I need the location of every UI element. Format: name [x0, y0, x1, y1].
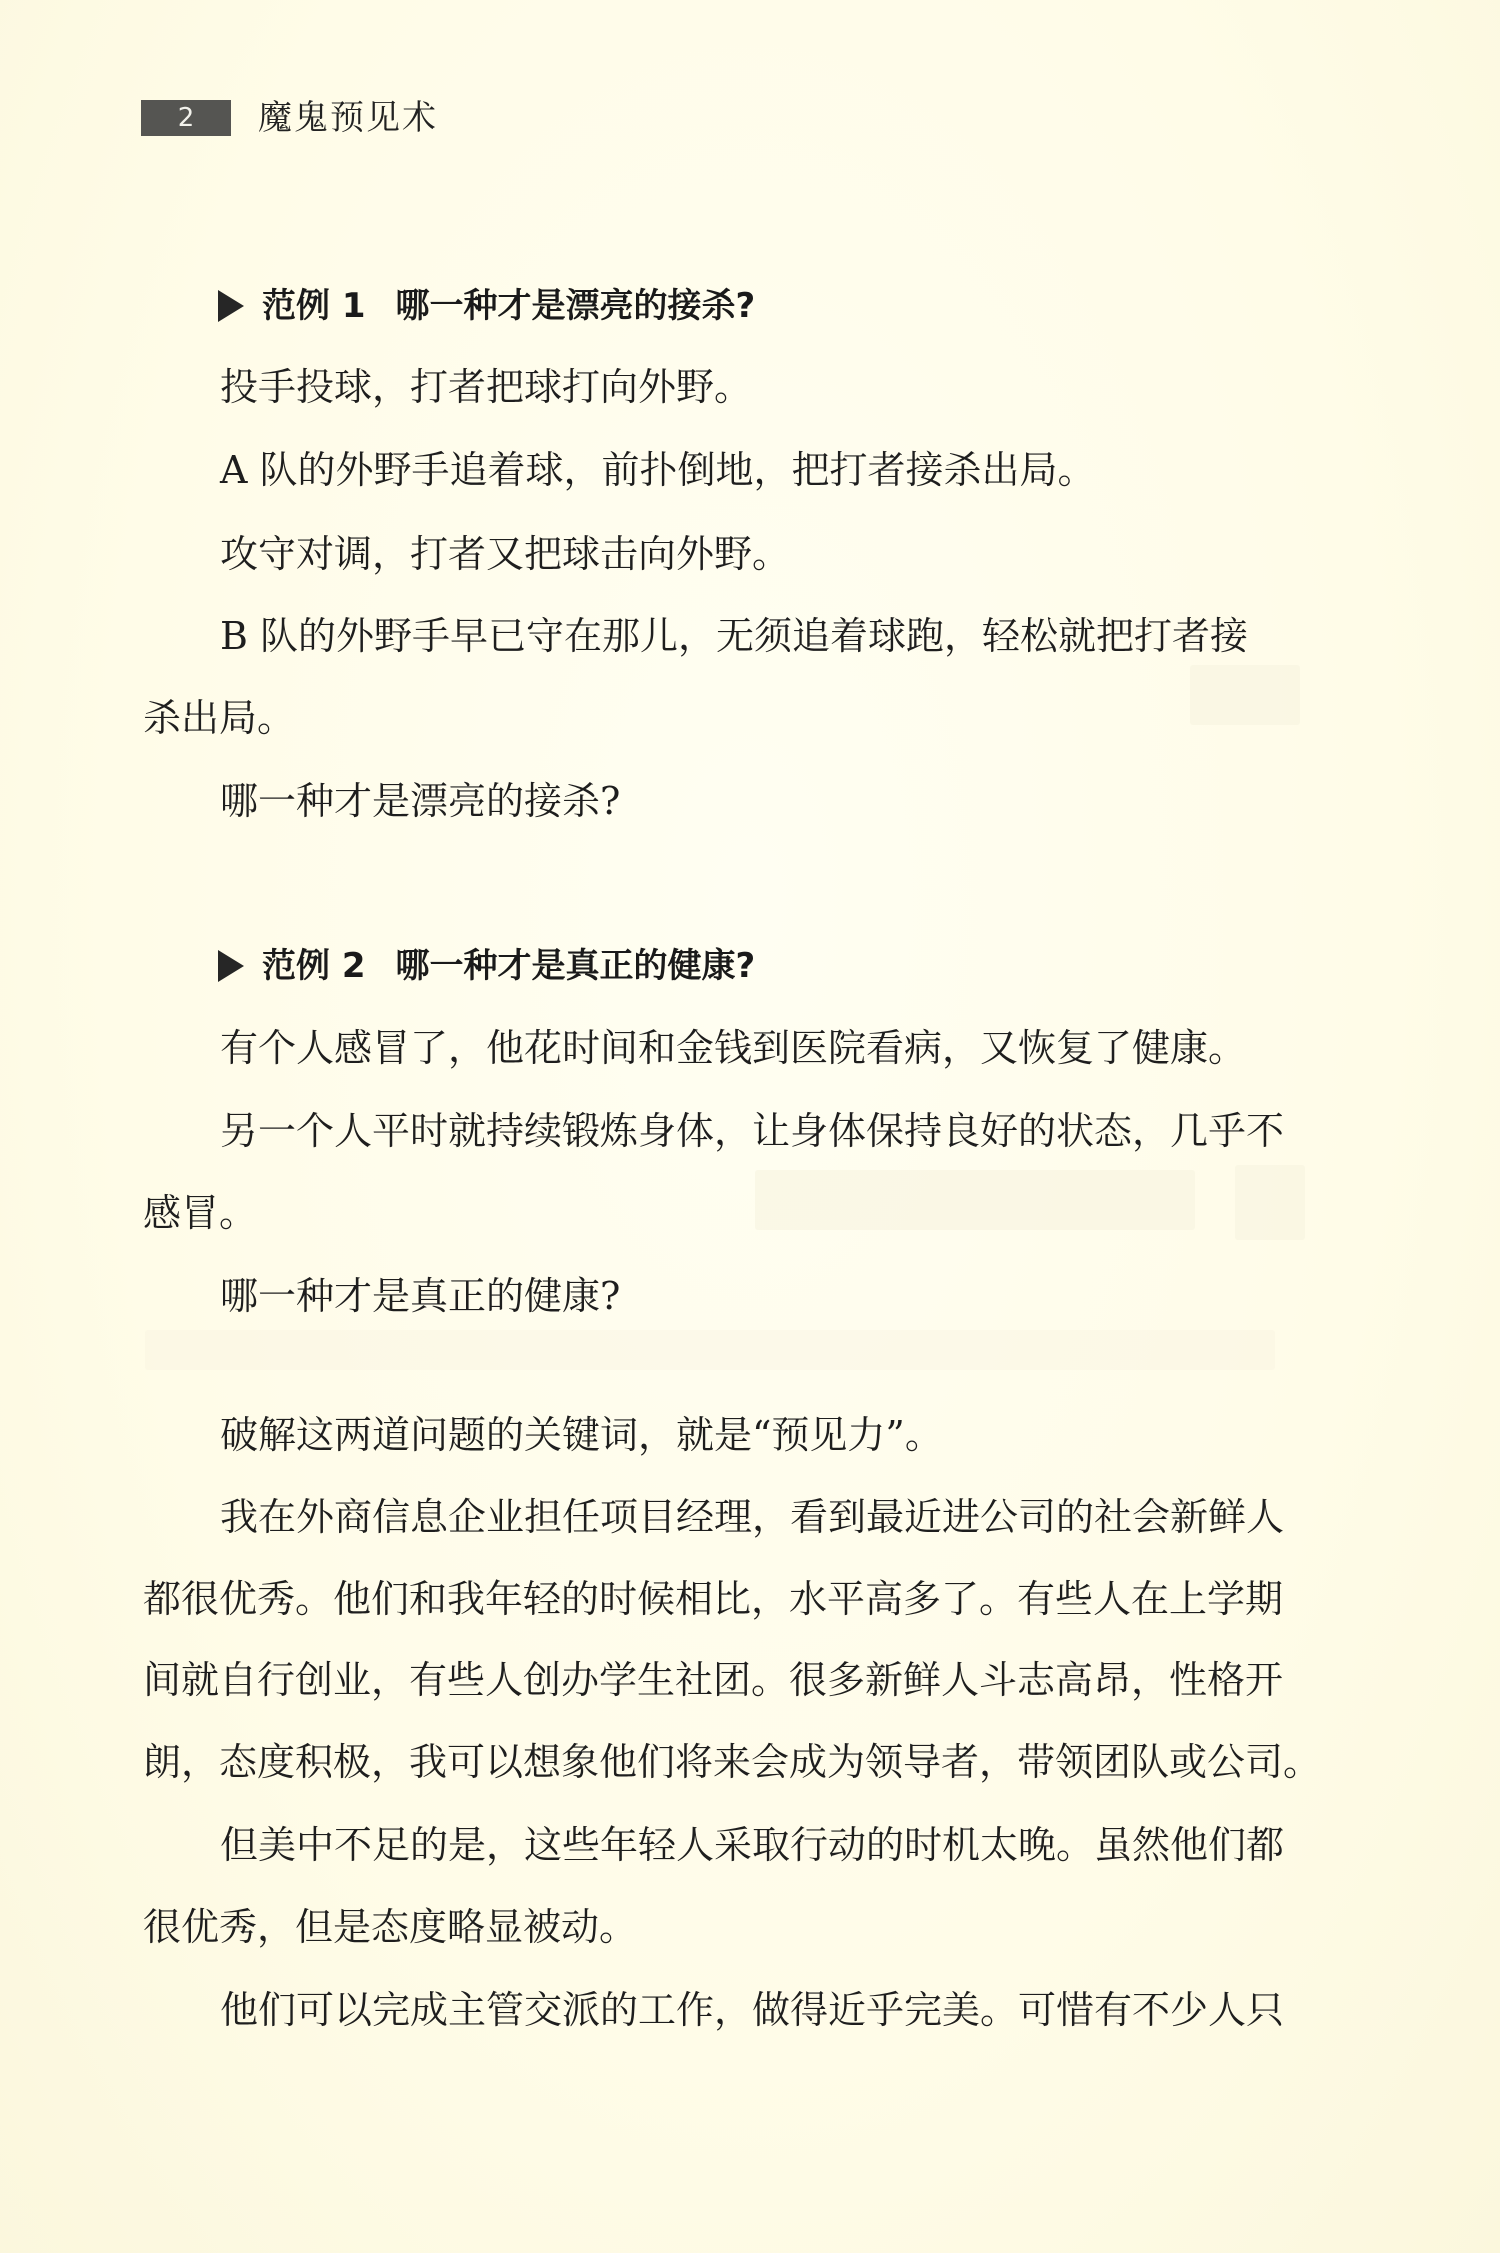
paragraph-line: 哪一种才是漂亮的接杀?	[220, 778, 620, 824]
bleed-through-mark	[755, 1170, 1195, 1230]
paragraph-line: 哪一种才是真正的健康?	[220, 1273, 620, 1319]
paragraph-line: 朗，态度积极，我可以想象他们将来会成为领导者，带领团队或公司。	[143, 1739, 1321, 1785]
bleed-through-mark	[145, 1330, 1275, 1370]
paragraph-line: 攻守对调，打者又把球击向外野。	[220, 531, 790, 577]
triangle-right-icon	[218, 290, 244, 322]
paragraph-line: A 队的外野手追着球，前扑倒地，把打者接杀出局。	[220, 447, 1096, 493]
paragraph-line: 但美中不足的是，这些年轻人采取行动的时机太晚。虽然他们都	[220, 1822, 1284, 1868]
bleed-through-mark	[1235, 1165, 1305, 1240]
example-title: 哪一种才是真正的健康?	[396, 946, 756, 986]
paragraph-line: 有个人感冒了，他花时间和金钱到医院看病，又恢复了健康。	[220, 1025, 1246, 1071]
example-label: 范例 2	[262, 946, 366, 986]
bleed-through-mark	[1190, 665, 1300, 725]
page-number: 2	[178, 103, 195, 133]
paragraph-line: B 队的外野手早已守在那儿，无须追着球跑，轻松就把打者接	[220, 613, 1248, 659]
paragraph-line: 我在外商信息企业担任项目经理，看到最近进公司的社会新鲜人	[220, 1494, 1284, 1540]
paragraph-line: 杀出局。	[143, 695, 295, 741]
triangle-right-icon	[218, 950, 244, 982]
example-title: 哪一种才是漂亮的接杀?	[396, 286, 756, 326]
paragraph-line: 另一个人平时就持续锻炼身体，让身体保持良好的状态，几乎不	[220, 1108, 1284, 1154]
example-label: 范例 1	[262, 286, 366, 326]
book-title: 魔鬼预见术	[258, 98, 438, 138]
paragraph-line: 间就自行创业，有些人创办学生社团。很多新鲜人斗志高昂，性格开	[143, 1657, 1283, 1703]
section-heading-example-1: 范例 1哪一种才是漂亮的接杀?	[218, 284, 755, 328]
section-heading-example-2: 范例 2哪一种才是真正的健康?	[218, 944, 755, 988]
paragraph-line: 破解这两道问题的关键词，就是“预见力”。	[220, 1412, 943, 1458]
paragraph-line: 投手投球，打者把球打向外野。	[220, 364, 752, 410]
page-number-box: 2	[141, 100, 231, 136]
paragraph-line: 很优秀，但是态度略显被动。	[143, 1904, 637, 1950]
paragraph-line: 他们可以完成主管交派的工作，做得近乎完美。可惜有不少人只	[220, 1987, 1284, 2033]
paragraph-line: 都很优秀。他们和我年轻的时候相比，水平高多了。有些人在上学期	[143, 1576, 1283, 1622]
paragraph-line: 感冒。	[143, 1190, 257, 1236]
